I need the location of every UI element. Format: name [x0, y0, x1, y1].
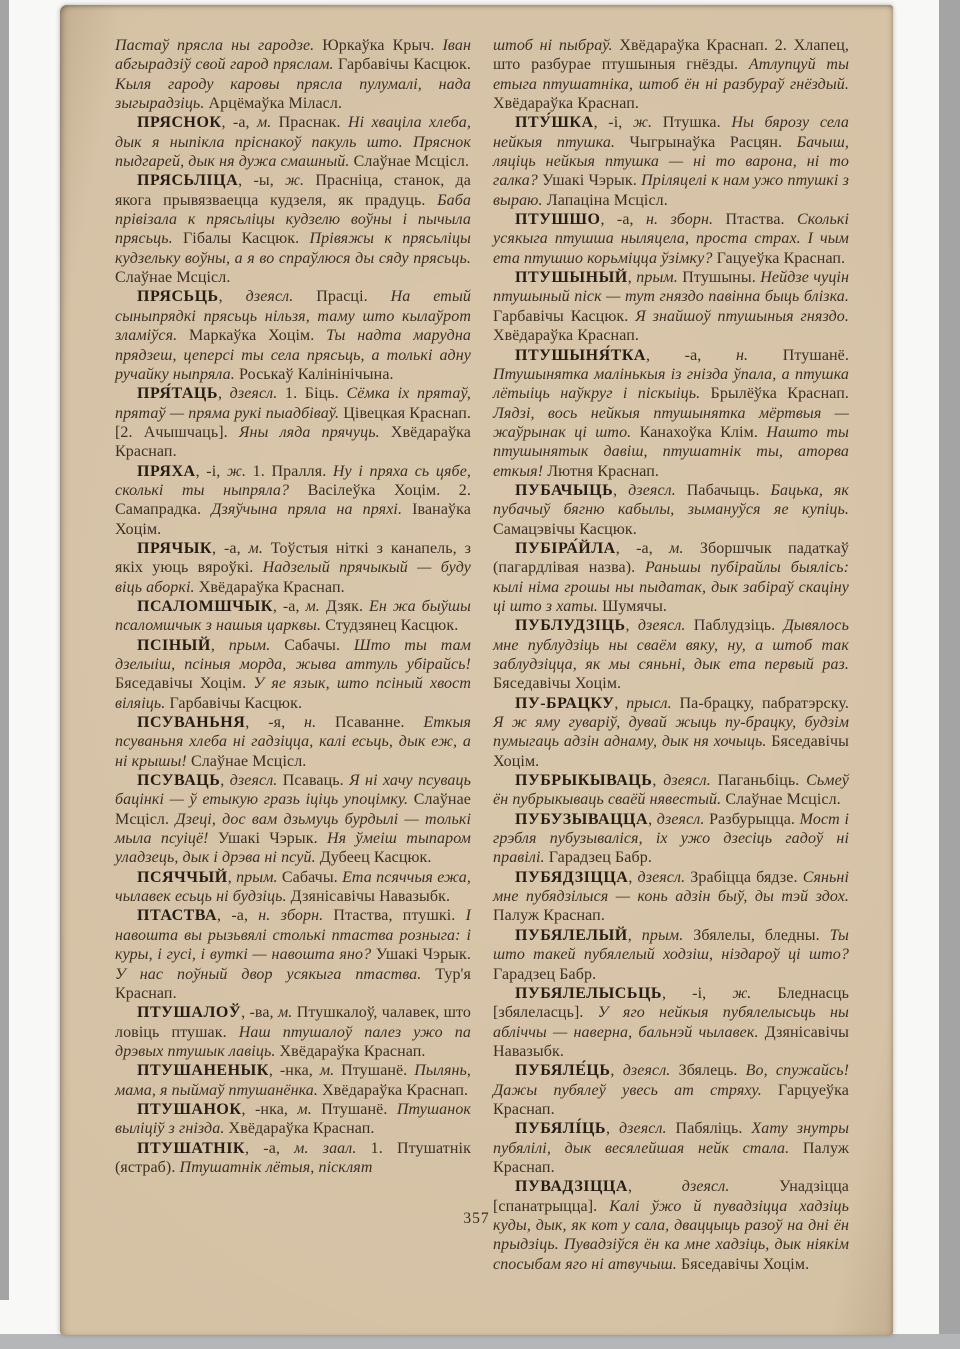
definition-text: Прасці.	[316, 288, 390, 305]
example-text: дзеясл.	[628, 482, 687, 499]
definition-text: Ушакі Чэрык.	[376, 946, 471, 963]
dictionary-entry: ПУБРЫКЫВАЦЬ, дзеясл. Паганьбіць. Сьмеў ё…	[493, 771, 849, 810]
definition-text: Роськаў Калінінічына.	[239, 366, 394, 383]
definition-text: Шумячы.	[602, 598, 667, 615]
definition-text: Псаваць.	[283, 772, 349, 789]
definition-text: Хвёдараўка Краснап.	[493, 95, 639, 112]
definition-text: , -а,	[616, 540, 669, 557]
definition-text: , -а,	[217, 907, 258, 924]
example-text: дзеясл.	[230, 772, 283, 789]
definition-text: Ушакі Чэрык.	[218, 830, 327, 847]
definition-text: Дзяк.	[326, 598, 369, 615]
definition-text: Разбурыцца.	[709, 811, 800, 828]
definition-text: Чыгрынаўка Расцян.	[630, 134, 797, 151]
headword: ПСУВАЦЬ	[137, 772, 220, 789]
example-text: ж.	[227, 463, 253, 480]
definition-text: Бяседавічы Хоцім.	[681, 1256, 809, 1273]
definition-text: Птушанё.	[321, 1101, 397, 1118]
dictionary-entry: ПРЯХА, -і, ж. 1. Пралля. Ну і пряха сь ц…	[115, 462, 471, 539]
text-column-right: штоб ні пыбраў. Хвёдараўка Краснап. 2. Х…	[493, 36, 849, 1274]
definition-text: Дубеец Касцюк.	[320, 849, 432, 866]
definition-text: Птушыны.	[682, 269, 760, 286]
dictionary-entry: ПУБЯЛЕЛЫСЬЦЬ, -і, ж. Бледнасць [збялелас…	[493, 984, 849, 1061]
dictionary-entry: ПУБУЗЫВАЦЦА, дзеясл. Разбурыцца. Мост і …	[493, 810, 849, 868]
dictionary-entry: ПСАЛОМШЧЫК, -а, м. Дзяк. Ен жа быўшы пса…	[115, 597, 471, 636]
page-number: 357	[60, 1210, 893, 1228]
definition-text: , -і,	[662, 985, 732, 1002]
definition-text: Птушанё.	[341, 1062, 414, 1079]
dictionary-entry: ПРЯСЬЛІЦА, -ы, ж. Прасніца, станок, да я…	[115, 171, 471, 287]
headword: ПТАСТВА	[137, 907, 217, 924]
definition-text: Праснак.	[279, 114, 348, 131]
dictionary-entry: ПТУШАНОК, -нка, м. Птушанё. Птушанок выл…	[115, 1100, 471, 1139]
example-text: н.	[304, 714, 335, 731]
scan-edge-strip-bottom	[0, 1334, 960, 1349]
dictionary-entry: ПУБЯДЗІЦЦА, дзеясл. Зрабіцца бядзе. Сянь…	[493, 868, 849, 926]
headword: ПУБАЧЫЦЬ	[515, 482, 613, 499]
dictionary-entry: ПСЯЧЧЫЙ, прым. Сабачы. Ета псяччыя ежа, …	[115, 868, 471, 907]
definition-text: Птаства.	[725, 211, 797, 228]
dictionary-entry: ПУБЯЛІ́ЦЬ, дзеясл. Пабяліць. Хату знутры…	[493, 1119, 849, 1177]
headword: ПРЯСЬЦЬ	[137, 288, 219, 305]
definition-text: ,	[610, 1062, 622, 1079]
definition-text: ,	[219, 288, 246, 305]
headword: ПУБЯЛЕ́ЦЬ	[515, 1062, 610, 1079]
definition-text: ,	[648, 811, 657, 828]
definition-text: , -ва,	[241, 1004, 278, 1021]
definition-text: Птаства, птушкі.	[333, 907, 465, 924]
definition-text: , -і,	[196, 463, 227, 480]
definition-text: , -а,	[245, 1140, 294, 1157]
headword: ПТУШЫНЯ́ТКА	[515, 347, 646, 364]
definition-text: , -нка,	[269, 1062, 320, 1079]
definition-text: Хвёдараўка Краснап.	[280, 1043, 426, 1060]
definition-text: Лютня Краснап.	[547, 463, 659, 480]
example-text: прым.	[636, 269, 682, 286]
example-text: дзеясл.	[246, 288, 317, 305]
definition-text: Гарадзец Бабр.	[493, 966, 596, 983]
definition-text: ,	[606, 1120, 619, 1137]
example-text: штоб ні пыбраў.	[493, 37, 619, 54]
definition-text: ,	[628, 927, 642, 944]
dictionary-entry: ПТУШЫНЫЙ, прым. Птушыны. Нейдзе чуцін пт…	[493, 268, 849, 345]
definition-text: Маркаўка Хоцім.	[189, 327, 326, 344]
definition-text: Збялелы, бледны.	[693, 927, 829, 944]
definition-text: ,	[628, 1178, 682, 1195]
definition-text: Палуж Краснап.	[493, 907, 605, 924]
dictionary-entry: ПРЯСНОК, -а, м. Праснак. Ні хваціла хлеб…	[115, 113, 471, 171]
definition-text: , -а,	[600, 211, 646, 228]
example-text: прым.	[229, 637, 284, 654]
definition-text: , -а,	[646, 347, 736, 364]
definition-text: Канахоўка Клім.	[640, 424, 767, 441]
dictionary-entry: ПУБАЧЫЦЬ, дзеясл. Пабачыць. Бацька, як п…	[493, 481, 849, 539]
dictionary-entry: ПСУВАНЬНЯ, -я, н. Псаванне. Еткыя псуван…	[115, 713, 471, 771]
example-text: м.	[320, 1062, 341, 1079]
definition-text: ,	[652, 772, 663, 789]
example-text: прысл.	[626, 695, 679, 712]
example-text: У нас поўный двор усякыга птаства.	[115, 966, 435, 983]
dictionary-entry: ПУБЛУДЗІЦЬ, дзеясл. Паблудзіць. Дывялось…	[493, 616, 849, 693]
definition-text: Па-брацку, пабратэрску.	[680, 695, 850, 712]
definition-text: Гарбавічы Касцюк.	[169, 695, 302, 712]
definition-text: Птушанё.	[783, 347, 849, 364]
example-text: н.	[736, 347, 783, 364]
headword: ПУБРЫКЫВАЦЬ	[515, 772, 652, 789]
dictionary-entry: ПУБІРА́ЙЛА, -а, м. Зборшчык падаткаў (па…	[493, 539, 849, 616]
definition-text: Сабачы.	[282, 869, 342, 886]
headword: ПУБЯЛІ́ЦЬ	[515, 1120, 606, 1137]
definition-text: ,	[211, 637, 229, 654]
definition-text: , -я,	[245, 714, 304, 731]
entry-continuation: Пастаў прясла ны гародзе. Юркаўка Крыч. …	[115, 36, 471, 113]
headword: ПУБЯЛЕЛЫЙ	[515, 927, 628, 944]
headword: ПТУШШО	[515, 211, 600, 228]
dictionary-entry: ПРЯСЬЦЬ, дзеясл. Прасці. На етый сыныпря…	[115, 287, 471, 384]
example-text: ж.	[285, 172, 315, 189]
headword: ПСУВАНЬНЯ	[137, 714, 245, 731]
definition-text: , -а,	[212, 540, 248, 557]
example-text: прым.	[236, 869, 282, 886]
definition-text: Бяседавічы Хоцім.	[115, 675, 253, 692]
definition-text: ,	[628, 269, 637, 286]
example-text: дзеясл.	[657, 811, 709, 828]
dictionary-entry: ПТУШАТНІК, -а, м. заал. 1. Птушатнік (яс…	[115, 1139, 471, 1178]
dictionary-entry: ПРЯ́ТАЦЬ, дзеясл. 1. Біць. Сёмка іх прят…	[115, 384, 471, 461]
example-text: м.	[297, 1101, 321, 1118]
example-text: дзеясл.	[230, 385, 285, 402]
dictionary-entry: ПТУШШО, -а, н. зборн. Птаства. Сколькі у…	[493, 210, 849, 268]
example-text: дзеясл.	[682, 1178, 779, 1195]
dictionary-entry: ПТУШАЛОЎ, -ва, м. Птушкалоў, чалавек, шт…	[115, 1003, 471, 1061]
headword: ПУБЯДЗІЦЦА	[515, 869, 628, 886]
definition-text: ,	[228, 869, 236, 886]
definition-text: Гібалы Касцюк.	[183, 230, 310, 247]
definition-text: , -нка,	[241, 1101, 297, 1118]
dictionary-entry: ПУБЯЛЕЛЫЙ, прым. Збялелы, бледны. Ты што…	[493, 926, 849, 984]
dictionary-entry: ПСУВАЦЬ, дзеясл. Псаваць. Я ні хачу псув…	[115, 771, 471, 868]
headword: ПСЯЧЧЫЙ	[137, 869, 228, 886]
definition-text: Брылёўка Краснап.	[711, 385, 849, 402]
definition-text: , -ы,	[238, 172, 285, 189]
definition-text: Арцёмаўка Міласл.	[209, 95, 343, 112]
headword: ПТУ́ШКА	[515, 114, 594, 131]
definition-text: , -а,	[222, 114, 257, 131]
definition-text: Гарбавічы Касцюк.	[338, 56, 471, 73]
headword: ПТУШАЛОЎ	[137, 1004, 241, 1021]
example-text: м.	[306, 598, 326, 615]
text-column-left: Пастаў прясла ны гародзе. Юркаўка Крыч. …	[115, 36, 471, 1177]
example-text: ж.	[633, 114, 663, 131]
scan-edge-strip-right	[939, 0, 960, 1349]
dictionary-entry: ПУ-БРАЦКУ, прысл. Па-брацку, пабратэрску…	[493, 694, 849, 771]
headword: ПРЯСЬЛІЦА	[137, 172, 238, 189]
example-text: дзеясл.	[623, 1062, 679, 1079]
headword: ПУ-БРАЦКУ	[515, 695, 614, 712]
headword: ПУБЯЛЕЛЫСЬЦЬ	[515, 985, 662, 1002]
headword: ПРЯЧЫК	[137, 540, 212, 557]
headword: ПРЯСНОК	[137, 114, 222, 131]
example-text: ж.	[732, 985, 777, 1002]
definition-text: Пабачыць.	[687, 482, 771, 499]
definition-text: Слаўнае Мсцісл.	[191, 753, 306, 770]
dictionary-entry: ПТАСТВА, -а, н. зборн. Птаства, птушкі. …	[115, 906, 471, 1003]
definition-text: ,	[218, 385, 230, 402]
definition-text: ,	[626, 617, 638, 634]
definition-text: Слаўнае Мсцісл.	[725, 791, 840, 808]
definition-text: Збялець.	[679, 1062, 746, 1079]
example-text: Пастаў прясла ны гародзе.	[115, 37, 322, 54]
definition-text: ,	[628, 869, 637, 886]
headword: ПРЯХА	[137, 463, 196, 480]
definition-text: Ушакі Чэрык.	[542, 172, 641, 189]
example-text: м. заал.	[294, 1140, 370, 1157]
definition-text: Слаўнае Мсцісл.	[354, 153, 469, 170]
definition-text: Птушка.	[663, 114, 732, 131]
definition-text: Зрабіцца бядзе.	[690, 869, 802, 886]
definition-text: ,	[614, 695, 626, 712]
definition-text: Слаўнае Мсцісл.	[115, 269, 230, 286]
example-text: м.	[278, 1004, 297, 1021]
definition-text: ,	[613, 482, 628, 499]
definition-text: Гарбавічы Касцюк.	[493, 308, 635, 325]
example-text: Яны ляда прячуць.	[239, 424, 391, 441]
definition-text: Гарадзец Бабр.	[549, 849, 652, 866]
example-text: дзеясл.	[638, 617, 694, 634]
example-text: м.	[669, 540, 700, 557]
headword: ПТУШАТНІК	[137, 1140, 245, 1157]
dictionary-entry: ПТУ́ШКА, -і, ж. Птушка. Ны бярозу села н…	[493, 113, 849, 210]
definition-text: Хвёдараўка Краснап.	[229, 1120, 375, 1137]
example-text: н. зборн.	[258, 907, 333, 924]
headword: ПУБУЗЫВАЦЦА	[515, 811, 648, 828]
definition-text: , -і,	[594, 114, 633, 131]
headword: ПУВАДЗІЦЦА	[515, 1178, 628, 1195]
headword: ПРЯ́ТАЦЬ	[137, 385, 218, 402]
definition-text: Пабяліць.	[676, 1120, 752, 1137]
dictionary-entry: ПТУШАНЕНЫК, -нка, м. Птушанё. Пылянь, ма…	[115, 1061, 471, 1100]
definition-text: Лапаціна Мсцісл.	[547, 192, 668, 209]
dictionary-entry: ПУБЯЛЕ́ЦЬ, дзеясл. Збялець. Во, спужайсь…	[493, 1061, 849, 1119]
definition-text: Хвёдараўка Краснап.	[493, 327, 639, 344]
definition-text: Гацуеўка Краснап.	[717, 250, 846, 267]
definition-text: Хвёдараўка Краснап.	[322, 1082, 468, 1099]
definition-text: 1. Пралля.	[253, 463, 333, 480]
example-text: дзеясл.	[638, 869, 691, 886]
entry-continuation: штоб ні пыбраў. Хвёдараўка Краснап. 2. Х…	[493, 36, 849, 113]
definition-text: Самацэвічы Касцюк.	[493, 521, 637, 538]
definition-text: , -а,	[273, 598, 306, 615]
definition-text: Паганьбіць.	[718, 772, 807, 789]
headword: ПТУШЫНЫЙ	[515, 269, 628, 286]
definition-text: Юркаўка Крыч.	[322, 37, 442, 54]
definition-text: Сабачы.	[284, 637, 354, 654]
scan-edge-strip-left	[0, 0, 9, 1300]
definition-text: 1. Біць.	[285, 385, 346, 402]
example-text: дзеясл.	[619, 1120, 676, 1137]
example-text: дзеясл.	[663, 772, 717, 789]
headword: ПТУШАНЕНЫК	[137, 1062, 269, 1079]
example-text: прым.	[642, 927, 693, 944]
example-text: Я знайшоў птушыныя гняздо.	[635, 308, 849, 325]
headword: ПСАЛОМШЧЫК	[137, 598, 273, 615]
definition-text: Дзянісавічы Навазыбк.	[291, 888, 450, 905]
example-text: Дзяўчына пряла на пряхі.	[211, 501, 412, 518]
dictionary-entry: ПСІНЫЙ, прым. Сабачы. Што ты там дзелыіш…	[115, 636, 471, 713]
example-text: н. зборн.	[646, 211, 725, 228]
headword: ПТУШАНОК	[137, 1101, 241, 1118]
dictionary-page: Пастаў прясла ны гародзе. Юркаўка Крыч. …	[60, 5, 893, 1335]
dictionary-entry: ПРЯЧЫК, -а, м. Тоўстыя ніткі з канапель,…	[115, 539, 471, 597]
definition-text: Бяседавічы Хоцім.	[493, 675, 621, 692]
definition-text: Паблудзіць.	[694, 617, 784, 634]
headword: ПСІНЫЙ	[137, 637, 211, 654]
definition-text: Хвёдараўка Краснап.	[199, 579, 345, 596]
headword: ПУБЛУДЗІЦЬ	[515, 617, 626, 634]
example-text: Птушатнік лётыя, пісклят	[180, 1159, 373, 1176]
example-text: м.	[249, 540, 271, 557]
dictionary-entry: ПТУШЫНЯ́ТКА, -а, н. Птушанё. Птушынятка …	[493, 346, 849, 481]
headword: ПУБІРА́ЙЛА	[515, 540, 616, 557]
example-text: м.	[257, 114, 279, 131]
definition-text: Псаванне.	[335, 714, 423, 731]
definition-text: Студзянец Касцюк.	[325, 617, 458, 634]
definition-text: ,	[220, 772, 229, 789]
